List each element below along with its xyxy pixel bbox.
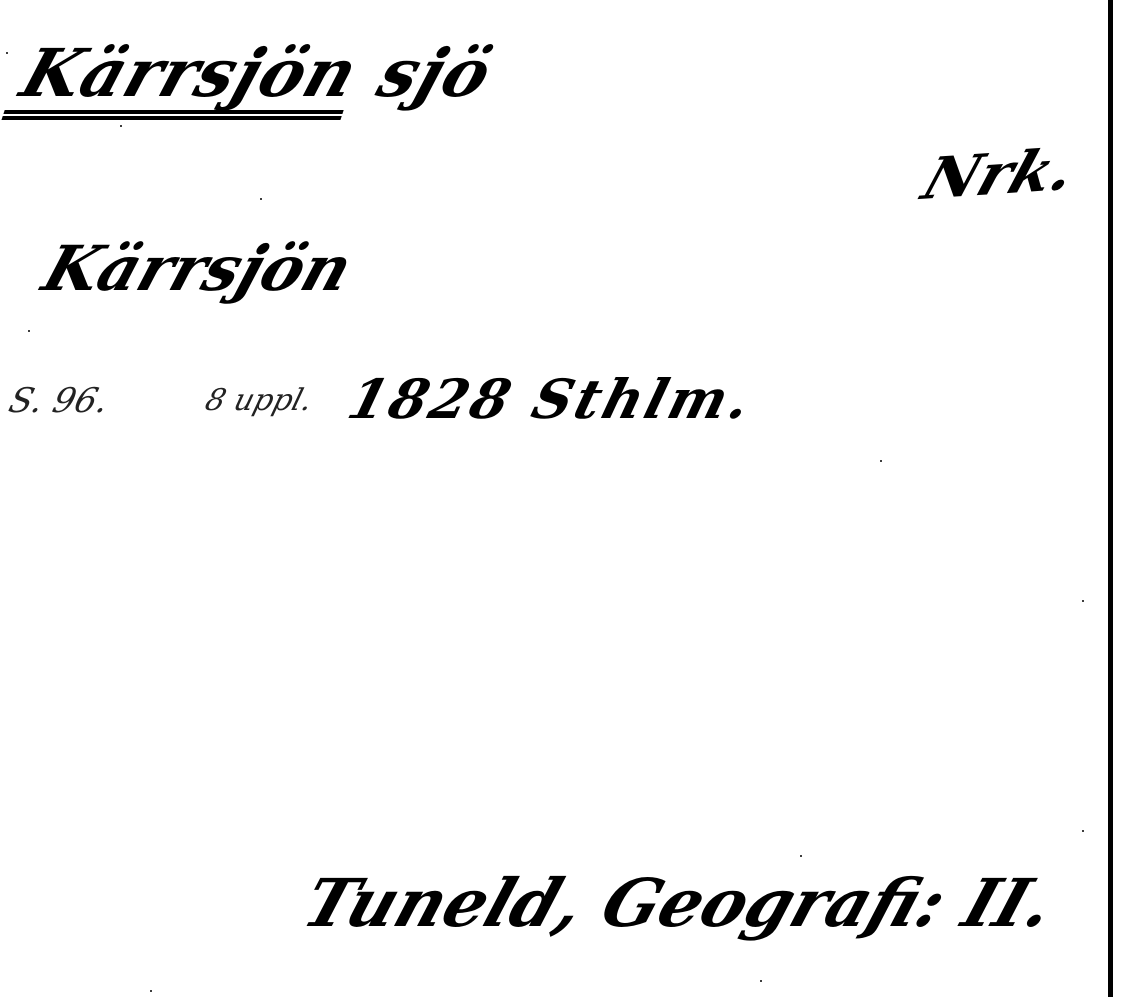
scan-speck (6, 52, 8, 54)
scan-speck (1082, 830, 1084, 832)
scan-speck (28, 330, 30, 332)
scan-speck (120, 125, 122, 127)
variant-form: Kärrsjön (36, 238, 359, 300)
edition: 8 uppl. (202, 386, 316, 416)
scan-speck (1082, 600, 1084, 602)
scan-speck (880, 460, 882, 462)
region-abbreviation: Nrk. (916, 140, 1083, 208)
bibliographic-reference: Tuneld, Geografi: II. (296, 870, 1062, 936)
year-and-place: 1828 Sthlm. (343, 372, 759, 426)
scan-speck (800, 855, 802, 857)
index-card: Kärrsjönsjö Nrk. Kärrsjön S. 96. 8 uppl.… (0, 0, 1127, 997)
scan-speck (150, 990, 152, 992)
card-edge-rule (1108, 0, 1113, 997)
headword-name: Kärrsjön (14, 40, 366, 106)
headword: Kärrsjönsjö (14, 40, 500, 106)
page-reference: S. 96. (5, 384, 112, 418)
scan-speck (260, 198, 262, 200)
scan-speck (760, 980, 762, 982)
headword-feature-type: sjö (369, 34, 502, 112)
